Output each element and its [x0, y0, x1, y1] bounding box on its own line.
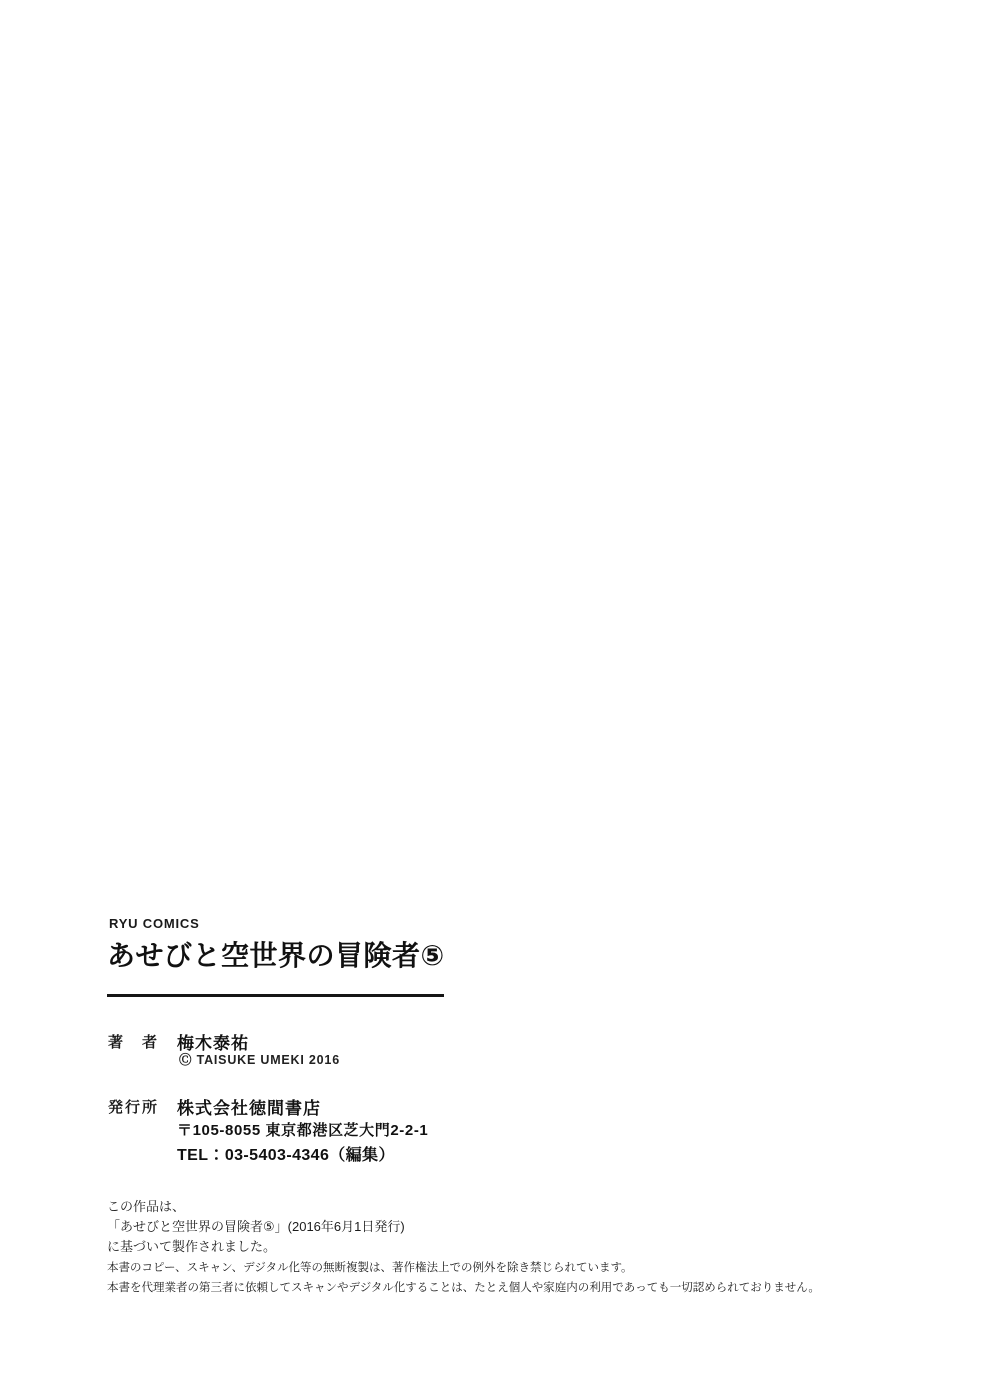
- title-divider: [107, 994, 444, 997]
- source-note-line: 「あせびと空世界の冒険者⑤」(2016年6月1日発行): [107, 1217, 405, 1237]
- publisher-role-label: 発行所: [108, 1096, 157, 1117]
- legal-notice-line: 本書を代理業者の第三者に依頼してスキャンやデジタル化することは、たとえ個人や家庭…: [107, 1278, 820, 1298]
- book-title: あせびと空世界の冒険者⑤: [107, 934, 445, 974]
- legal-notice-line: 本書のコピー、スキャン、デジタル化等の無断複製は、著作権法上での例外を除き禁じら…: [107, 1258, 820, 1278]
- publisher-telephone: TEL：03-5403-4346（編集）: [177, 1142, 395, 1165]
- author-role-label: 著者: [108, 1031, 157, 1052]
- source-note-line: に基づいて製作されました。: [107, 1237, 405, 1257]
- source-note-line: この作品は、: [107, 1197, 405, 1217]
- publisher-address: 〒105-8055 東京都港区芝大門2-2-1: [177, 1119, 428, 1140]
- publisher-name: 株式会社徳間書店: [177, 1094, 321, 1119]
- copyright-line: Ⓒ TAISUKE UMEKI 2016: [179, 1050, 340, 1068]
- source-note: この作品は、 「あせびと空世界の冒険者⑤」(2016年6月1日発行) に基づいて…: [107, 1197, 405, 1257]
- imprint-label: RYU COMICS: [109, 916, 200, 931]
- legal-notice: 本書のコピー、スキャン、デジタル化等の無断複製は、著作権法上での例外を除き禁じら…: [107, 1258, 820, 1298]
- colophon-page: RYU COMICS あせびと空世界の冒険者⑤ 著者 梅木泰祐 Ⓒ TAISUK…: [0, 0, 987, 1400]
